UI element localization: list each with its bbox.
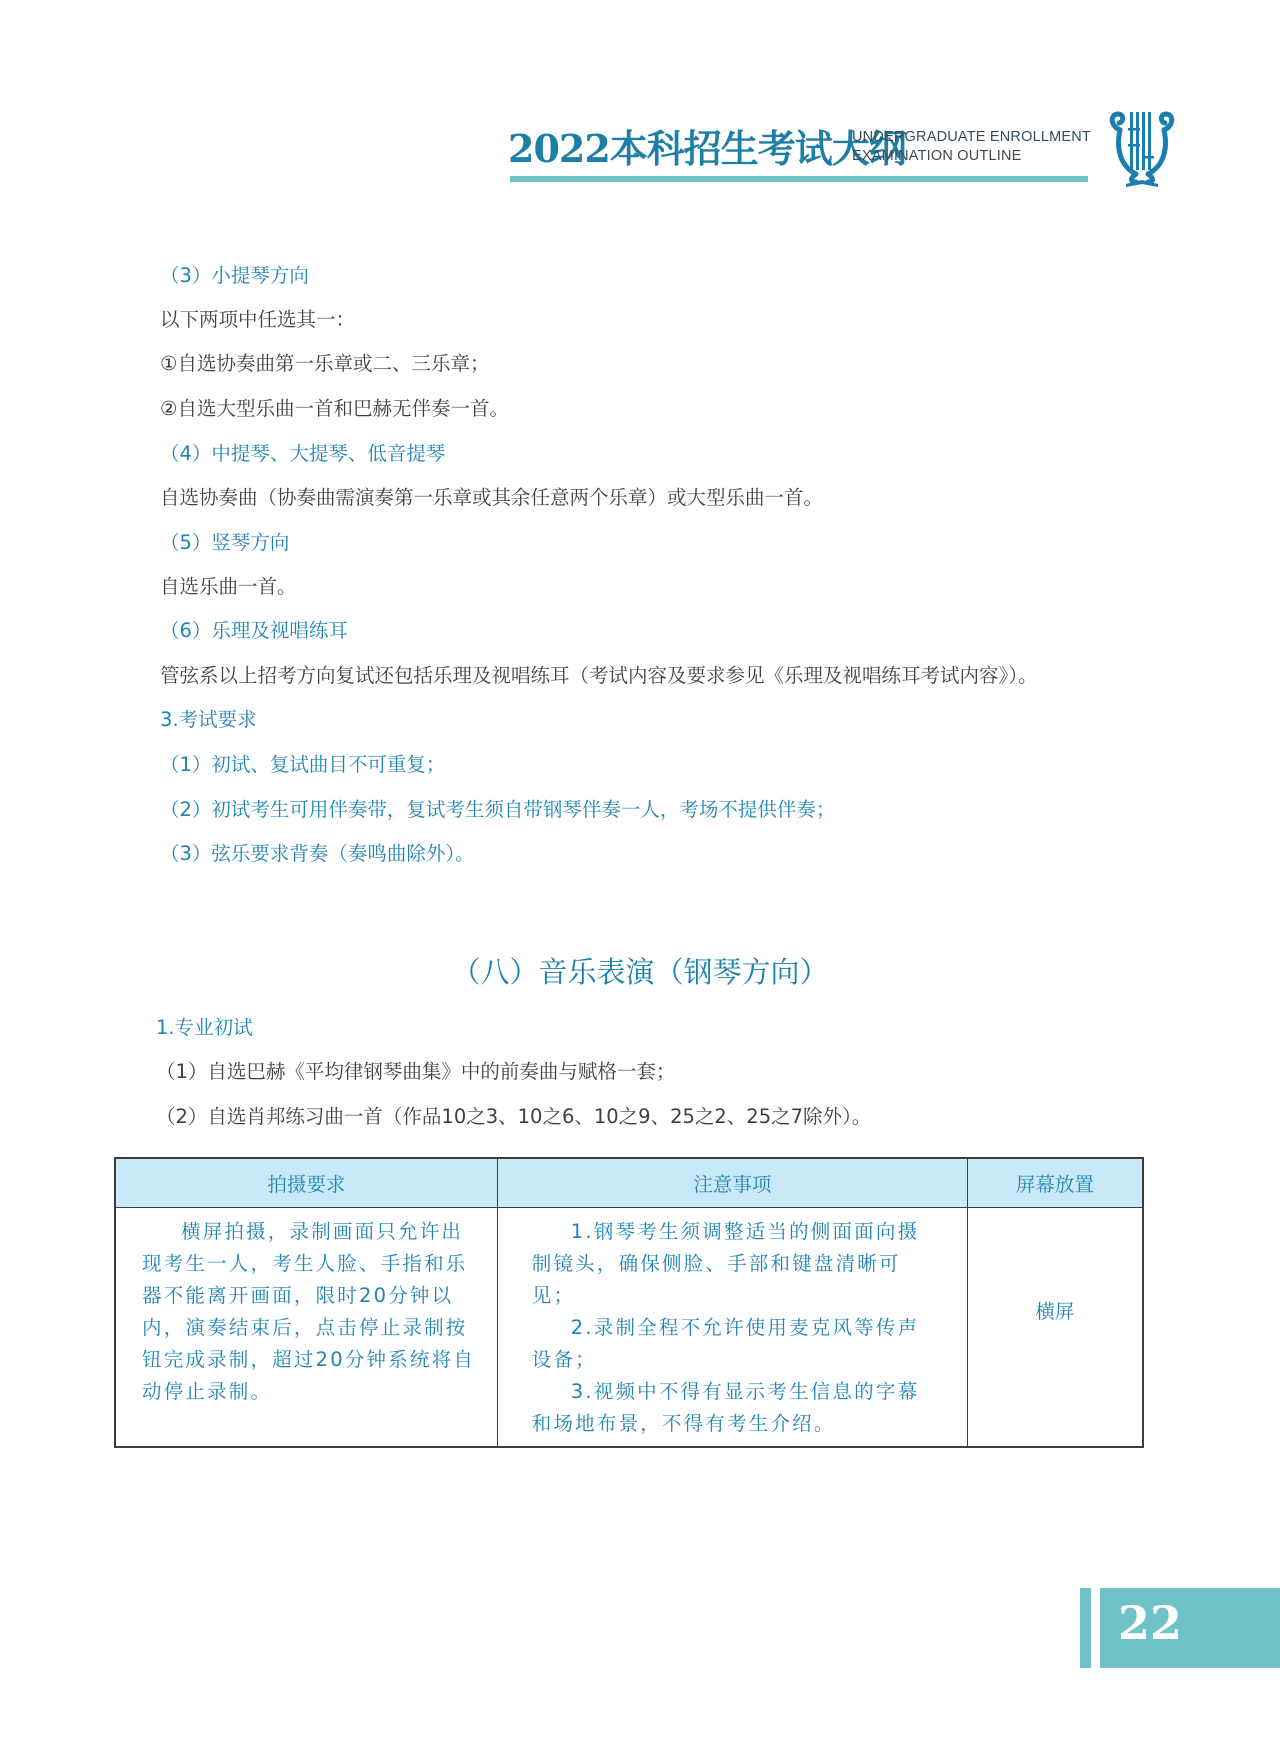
low-strings-text: 自选协奏曲（协奏曲需演奏第一乐章或其余任意两个乐章）或大型乐曲一首。 — [160, 484, 823, 512]
prelim-item-1: （1）自选巴赫《平均律钢琴曲集》中的前奏曲与赋格一套； — [156, 1058, 675, 1086]
theory-text: 管弦系以上招考方向复试还包括乐理及视唱练耳（考试内容及要求参见《乐理及视唱练耳考… — [160, 662, 1038, 690]
column-header-notes: 注意事项 — [497, 1158, 967, 1208]
note-item-3: 3.视频中不得有显示考生信息的字幕和场地布景，不得有考生介绍。 — [532, 1376, 937, 1440]
header-divider — [510, 176, 1088, 182]
column-header-screen: 屏幕放置 — [967, 1158, 1143, 1208]
requirement-item-1: （1）初试、复试曲目不可重复； — [160, 751, 445, 779]
note-item-2: 2.录制全程不允许使用麦克风等传声设备； — [532, 1312, 937, 1376]
table-header-row: 拍摄要求 注意事项 屏幕放置 — [115, 1158, 1143, 1208]
shooting-requirements-text: 横屏拍摄，录制画面只允许出现考生一人，考生人脸、手指和乐器不能离开画面，限时20… — [142, 1216, 477, 1408]
page-number: 22 — [1118, 1596, 1182, 1650]
column-header-shooting: 拍摄要求 — [115, 1158, 497, 1208]
section-title: （八）音乐表演（钢琴方向） — [0, 950, 1280, 991]
requirements-heading: 3.考试要求 — [160, 706, 257, 734]
header-subtitle-line2: EXAMINATION OUTLINE — [852, 147, 1091, 166]
low-strings-heading: （4）中提琴、大提琴、低音提琴 — [160, 440, 445, 468]
notes-cell: 1.钢琴考生须调整适当的侧面面向摄制镜头，确保侧脸、手部和键盘清晰可见； 2.录… — [497, 1208, 967, 1448]
theory-heading: （6）乐理及视唱练耳 — [160, 617, 348, 645]
requirement-item-3: （3）弦乐要求背奏（奏鸣曲除外）。 — [160, 840, 475, 868]
harp-heading: （5）竖琴方向 — [160, 529, 289, 557]
violin-intro: 以下两项中任选其一： — [160, 306, 355, 334]
violin-option-2: ②自选大型乐曲一首和巴赫无伴奏一首。 — [160, 395, 509, 423]
lyre-logo-icon — [1106, 108, 1178, 188]
header-subtitle-line1: UNDERGRADUATE ENROLLMENT — [852, 128, 1091, 147]
prelim-item-2: （2）自选肖邦练习曲一首（作品10之3、10之6、10之9、25之2、25之7除… — [156, 1103, 871, 1131]
note-item-1: 1.钢琴考生须调整适当的侧面面向摄制镜头，确保侧脸、手部和键盘清晰可见； — [532, 1216, 937, 1312]
header-subtitle: UNDERGRADUATE ENROLLMENT EXAMINATION OUT… — [852, 128, 1091, 166]
page-tab-accent — [1080, 1588, 1091, 1668]
shooting-requirements-cell: 横屏拍摄，录制画面只允许出现考生一人，考生人脸、手指和乐器不能离开画面，限时20… — [115, 1208, 497, 1448]
recording-requirements-table: 拍摄要求 注意事项 屏幕放置 横屏拍摄，录制画面只允许出现考生一人，考生人脸、手… — [114, 1157, 1144, 1448]
violin-option-1: ①自选协奏曲第一乐章或二、三乐章； — [160, 350, 489, 378]
screen-orientation-cell: 横屏 — [967, 1208, 1143, 1448]
prelim-heading: 1.专业初试 — [156, 1014, 253, 1042]
violin-heading: （3）小提琴方向 — [160, 262, 309, 290]
header-title: 2022本科招生考试大纲 — [508, 118, 906, 173]
requirement-item-2: （2）初试考生可用伴奏带，复试考生须自带钢琴伴奏一人，考场不提供伴奏； — [160, 796, 835, 824]
table-row: 横屏拍摄，录制画面只允许出现考生一人，考生人脸、手指和乐器不能离开画面，限时20… — [115, 1208, 1143, 1448]
harp-text: 自选乐曲一首。 — [160, 573, 297, 601]
screen-orientation-value: 横屏 — [968, 1296, 1142, 1328]
